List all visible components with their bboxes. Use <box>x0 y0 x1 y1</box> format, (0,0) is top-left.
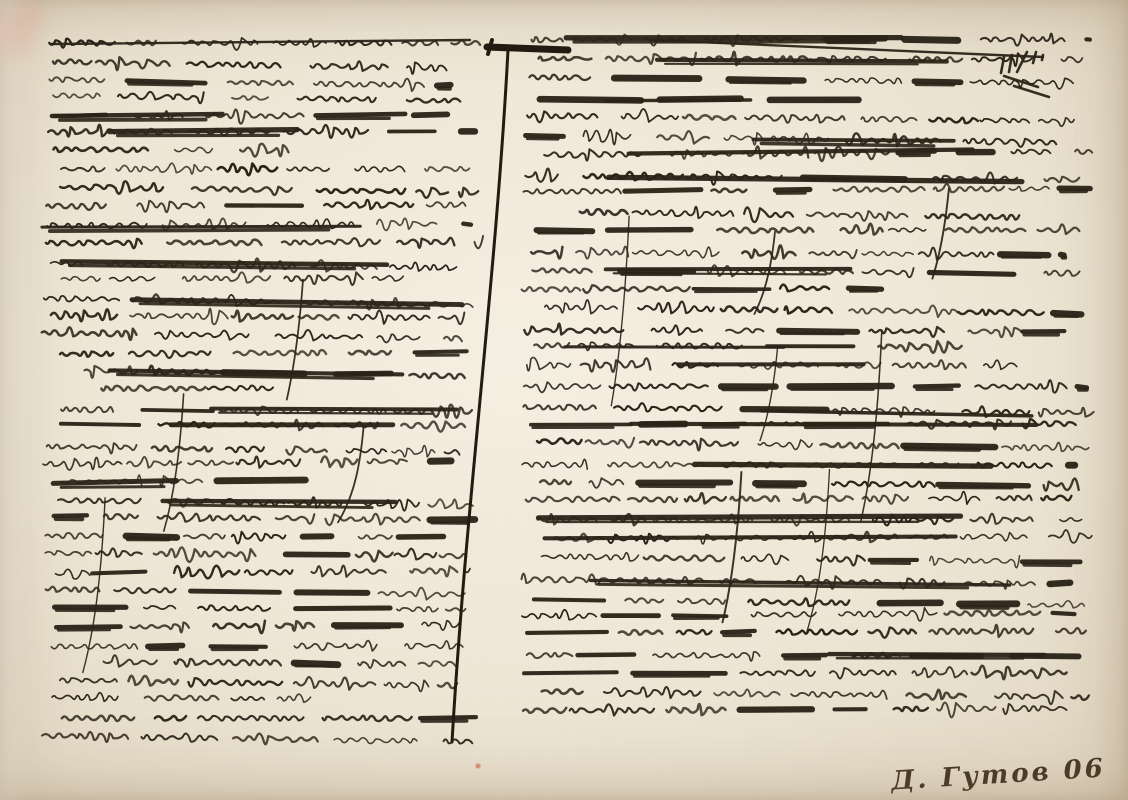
painting-canvas: Д. Гутов 06 <box>0 0 1128 800</box>
ink-drawing <box>0 0 1128 800</box>
